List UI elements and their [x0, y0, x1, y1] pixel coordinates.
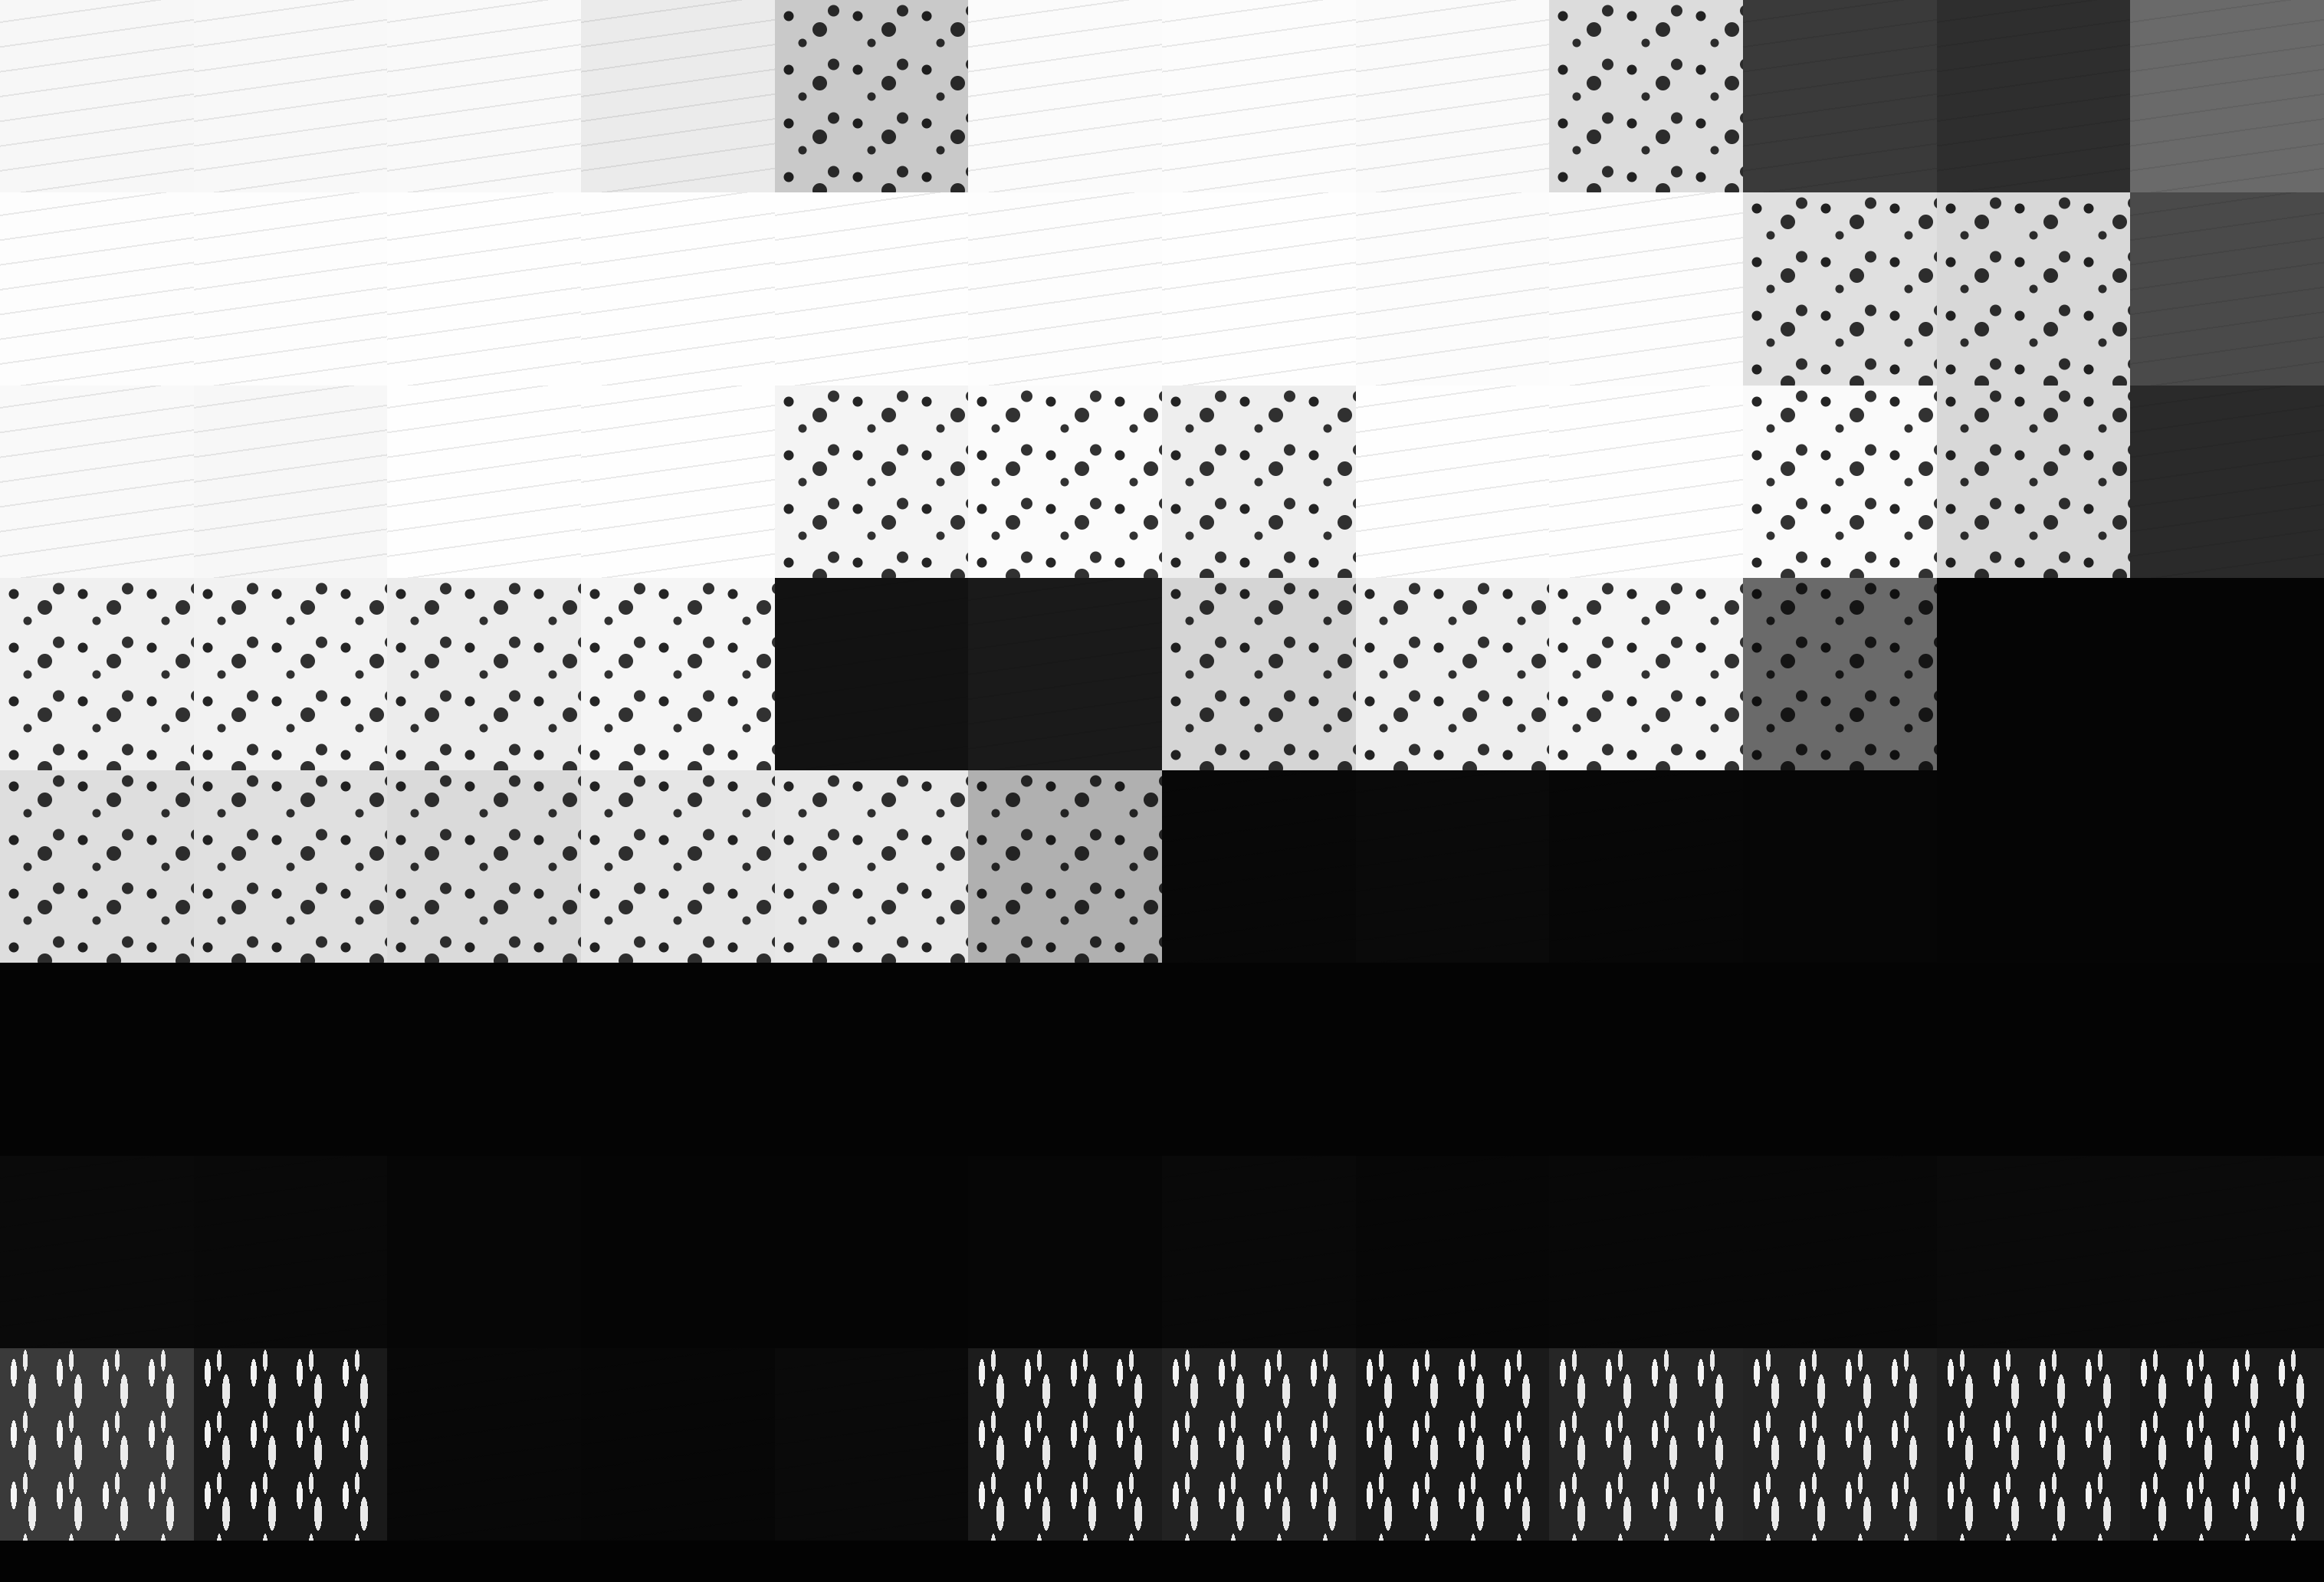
image-tile	[968, 386, 1162, 578]
image-tile	[2130, 386, 2324, 578]
image-tile	[1743, 578, 1937, 770]
image-tile	[775, 963, 969, 1155]
image-tile	[387, 1348, 581, 1541]
image-tile	[2130, 578, 2324, 770]
image-tile	[1549, 1348, 1743, 1541]
image-tile	[2130, 963, 2324, 1155]
image-tile	[1162, 192, 1356, 385]
image-tile	[1356, 963, 1550, 1155]
image-tile	[968, 770, 1162, 963]
image-tile	[968, 0, 1162, 192]
image-tile	[581, 963, 775, 1155]
image-tile	[581, 1156, 775, 1348]
image-tile	[1356, 578, 1550, 770]
image-tile	[581, 192, 775, 385]
image-tile	[1549, 0, 1743, 192]
image-tile	[1937, 770, 2131, 963]
image-tile	[1743, 1348, 1937, 1541]
image-tile	[194, 578, 388, 770]
bottom-border-band	[0, 1541, 2324, 1582]
image-tile	[0, 192, 194, 385]
image-tile	[387, 963, 581, 1155]
image-tile	[1549, 386, 1743, 578]
image-tile	[581, 770, 775, 963]
image-tile	[0, 1156, 194, 1348]
image-tile	[1549, 192, 1743, 385]
image-tile	[2130, 192, 2324, 385]
image-tile	[775, 1156, 969, 1348]
image-tile	[387, 0, 581, 192]
image-tile	[1549, 963, 1743, 1155]
image-tile	[581, 578, 775, 770]
image-tile	[775, 192, 969, 385]
image-tile	[775, 770, 969, 963]
image-tile	[1937, 0, 2131, 192]
image-tile	[581, 386, 775, 578]
image-tile	[387, 578, 581, 770]
image-tile	[1937, 1156, 2131, 1348]
image-tile	[1549, 1156, 1743, 1348]
image-tile	[194, 770, 388, 963]
image-tile	[775, 1348, 969, 1541]
image-tile	[194, 0, 388, 192]
image-tile	[0, 0, 194, 192]
image-tile	[1356, 770, 1550, 963]
image-tile	[1356, 0, 1550, 192]
image-tile	[581, 1348, 775, 1541]
image-tile	[1162, 963, 1356, 1155]
image-tile	[194, 192, 388, 385]
image-tile	[775, 578, 969, 770]
image-tile	[1743, 192, 1937, 385]
image-tile	[1743, 0, 1937, 192]
image-tile	[387, 192, 581, 385]
image-tile	[0, 963, 194, 1155]
image-tile	[1743, 770, 1937, 963]
image-tile	[1162, 1348, 1356, 1541]
image-tile	[2130, 0, 2324, 192]
image-tile	[1937, 578, 2131, 770]
image-tile	[1743, 963, 1937, 1155]
image-tile	[387, 770, 581, 963]
image-tile	[1937, 963, 2131, 1155]
image-tile	[1743, 386, 1937, 578]
image-tile	[387, 1156, 581, 1348]
image-tile	[968, 1348, 1162, 1541]
image-tile	[2130, 1156, 2324, 1348]
image-tile	[1162, 578, 1356, 770]
image-tile	[968, 1156, 1162, 1348]
image-tile	[194, 963, 388, 1155]
image-tile	[1162, 386, 1356, 578]
image-tile	[1356, 1348, 1550, 1541]
image-tile	[775, 386, 969, 578]
image-tile	[0, 386, 194, 578]
image-tile	[581, 0, 775, 192]
image-tile	[0, 578, 194, 770]
image-tile	[1162, 770, 1356, 963]
image-tile	[194, 1348, 388, 1541]
image-tile	[775, 0, 969, 192]
image-tile	[1356, 386, 1550, 578]
image-tile	[1356, 192, 1550, 385]
image-tile	[0, 1348, 194, 1541]
image-tile	[1937, 386, 2131, 578]
image-tile	[1356, 1156, 1550, 1348]
image-tile	[194, 1156, 388, 1348]
image-mosaic	[0, 0, 2324, 1541]
image-tile	[0, 770, 194, 963]
image-tile	[2130, 770, 2324, 963]
image-tile	[1743, 1156, 1937, 1348]
image-tile	[194, 386, 388, 578]
image-tile	[1937, 1348, 2131, 1541]
image-tile	[1549, 770, 1743, 963]
image-tile	[968, 963, 1162, 1155]
image-tile	[968, 578, 1162, 770]
image-tile	[968, 192, 1162, 385]
image-tile	[2130, 1348, 2324, 1541]
image-tile	[387, 386, 581, 578]
image-tile	[1549, 578, 1743, 770]
image-tile	[1937, 192, 2131, 385]
image-tile	[1162, 1156, 1356, 1348]
image-tile	[1162, 0, 1356, 192]
